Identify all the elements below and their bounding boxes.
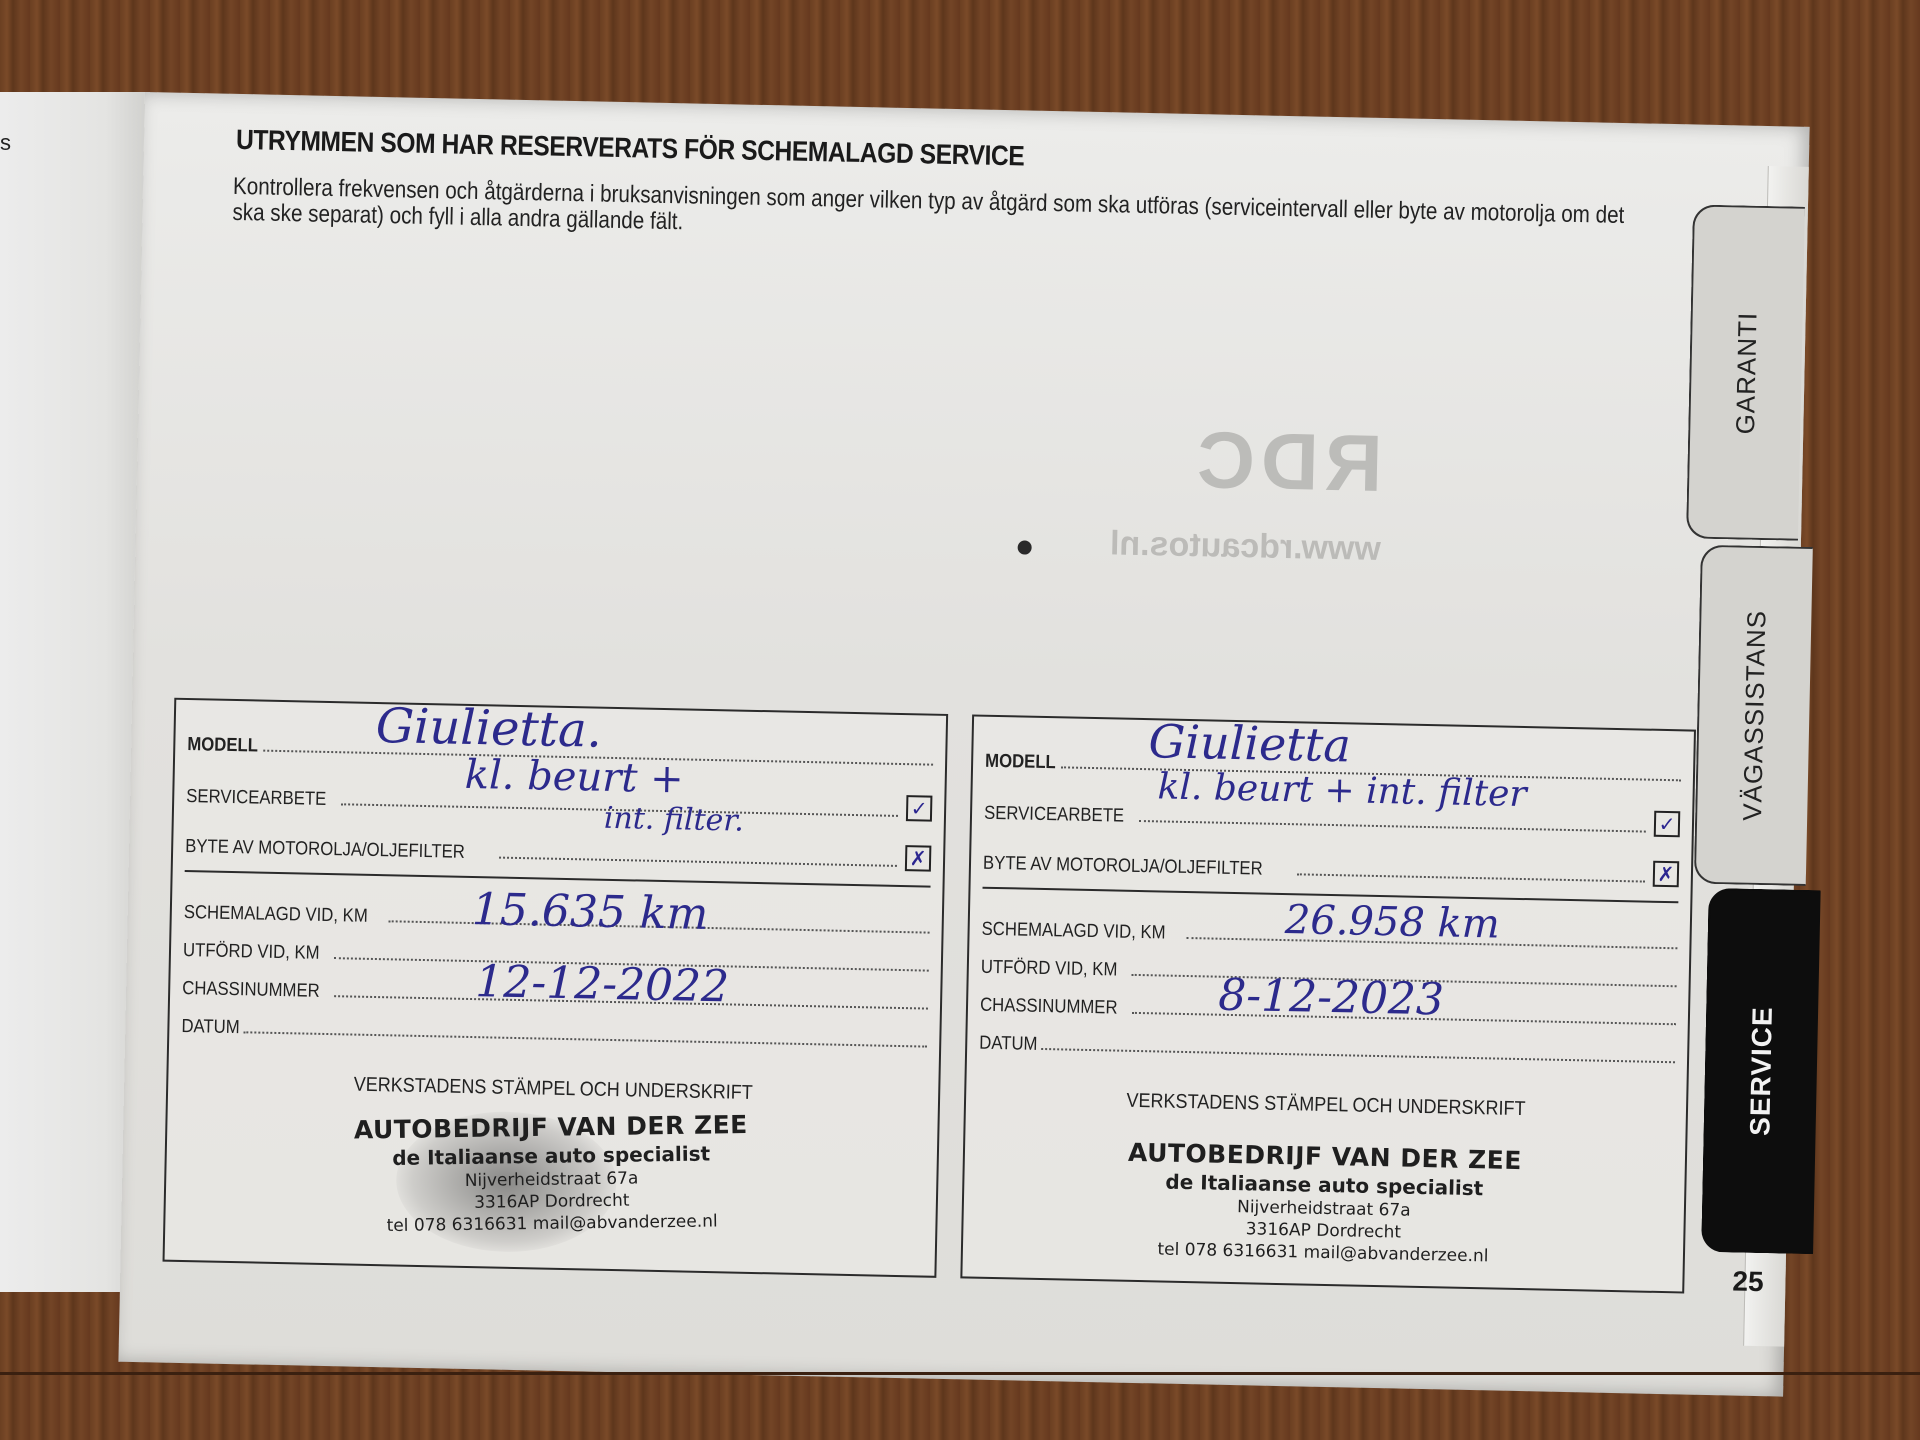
label-chassinummer: CHASSINUMMER	[182, 978, 320, 1003]
value-servicearbete: kl. beurt +	[464, 752, 684, 803]
page-title: UTRYMMEN SOM HAR RESERVERATS FÖR SCHEMAL…	[236, 124, 1025, 173]
manual-page: UTRYMMEN SOM HAR RESERVERATS FÖR SCHEMAL…	[118, 92, 1809, 1397]
stamp-caption: VERKSTADENS STÄMPEL OCH UNDERSKRIFT	[1002, 1087, 1650, 1124]
show-through-logo: RDC	[962, 409, 1384, 510]
label-schemalagd: SCHEMALAGD VID, KM	[981, 919, 1165, 945]
label-datum: DATUM	[979, 1033, 1038, 1056]
stamp-caption: VERKSTADENS STÄMPEL OCH UNDERSKRIFT	[207, 1071, 900, 1109]
service-record-1: MODELL Giulietta. SERVICEARBETE ✓ kl. be…	[163, 698, 949, 1278]
checkbox-byte-olja[interactable]: ✗	[905, 845, 932, 872]
tab-vagassistans[interactable]: VÄGASSISTANS	[1694, 545, 1813, 886]
label-modell: MODELL	[985, 751, 1056, 774]
tab-garanti[interactable]: GARANTI	[1686, 204, 1805, 540]
value-date: 8-12-2023	[1218, 970, 1445, 1026]
workshop-stamp: AUTOBEDRIJF VAN DER ZEE de Italiaanse au…	[166, 1107, 938, 1239]
service-record-2: MODELL Giulietta SERVICEARBETE ✓ kl. beu…	[960, 714, 1696, 1293]
label-chassinummer: CHASSINUMMER	[980, 995, 1118, 1020]
value-servicearbete: kl. beurt + int. filter	[1157, 766, 1527, 815]
checkbox-byte-olja[interactable]: ✗	[1653, 861, 1680, 888]
show-through-stamp: RDC www.rdcautos.nl	[959, 409, 1384, 648]
tab-service[interactable]: SERVICE	[1701, 888, 1821, 1254]
field-byte-olja[interactable]: BYTE AV MOTOROLJA/OLJEFILTER ✗	[983, 841, 1680, 890]
tab-vagassistans-label: VÄGASSISTANS	[1737, 610, 1772, 822]
checkbox-servicearbete[interactable]: ✓	[906, 795, 933, 822]
label-utford: UTFÖRD VID, KM	[183, 940, 320, 965]
value-modell: Giulietta.	[375, 698, 602, 759]
label-byte-olja: BYTE AV MOTOROLJA/OLJEFILTER	[185, 836, 465, 864]
value-date: 12-12-2022	[475, 956, 730, 1012]
label-schemalagd: SCHEMALAGD VID, KM	[184, 902, 368, 928]
label-byte-olja: BYTE AV MOTOROLJA/OLJEFILTER	[983, 853, 1263, 881]
page-number: 25	[1732, 1266, 1764, 1299]
value-km: 26.958 km	[1284, 897, 1500, 947]
table-seam	[0, 1372, 1920, 1375]
previous-page-edge-text: s	[0, 130, 11, 156]
page-intro: Kontrollera frekvensen och åtgärderna i …	[232, 174, 1643, 256]
label-servicearbete: SERVICEARBETE	[186, 786, 326, 811]
label-utford: UTFÖRD VID, KM	[981, 957, 1118, 982]
value-modell: Giulietta	[1148, 714, 1351, 772]
field-byte-olja[interactable]: BYTE AV MOTOROLJA/OLJEFILTER ✗	[185, 824, 932, 874]
workshop-stamp: AUTOBEDRIJF VAN DER ZEE de Italiaanse au…	[963, 1134, 1685, 1270]
label-datum: DATUM	[181, 1016, 240, 1039]
tab-garanti-label: GARANTI	[1730, 311, 1764, 434]
label-servicearbete: SERVICEARBETE	[984, 803, 1124, 828]
checkbox-servicearbete[interactable]: ✓	[1654, 811, 1681, 838]
label-modell: MODELL	[187, 734, 258, 757]
tab-service-label: SERVICE	[1745, 1006, 1780, 1136]
value-km: 15.635 km	[471, 884, 708, 940]
